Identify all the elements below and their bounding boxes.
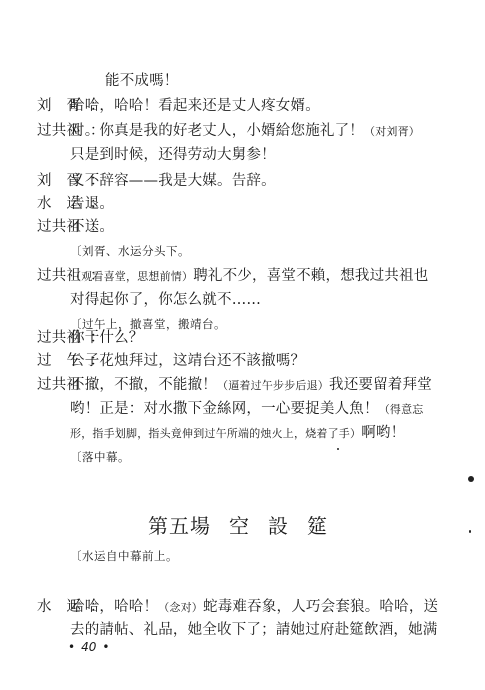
dialogue-text: 不撤，不撤，不能撤！（逼着过午步步后退）我还要留着拜堂: [70, 374, 432, 397]
dialogue-text: 义不辞容——我是大媒。告辞。: [70, 170, 276, 192]
stage-direction: （对刘胥）: [364, 125, 420, 138]
stage-direction: 形，指手划脚，指头竟伸到过午所端的烛火上，烧着了手）: [70, 427, 361, 440]
dialogue-text: 只是到时候，还得劳动大舅参！: [70, 144, 276, 166]
stage-direction: （逼着过午步步后退）: [217, 379, 329, 392]
dialogue-text: 不送。: [70, 216, 114, 238]
book-page: 能不成嗎！ 刘 胥： 哈哈，哈哈！看起来还是丈人疼女婿。 过共祖： 对。你真是我…: [0, 0, 485, 690]
page-number: •40•: [62, 640, 115, 654]
dialogue-text: 能不成嗎！: [105, 70, 179, 92]
dialogue-text: 哈哈，哈哈！看起来还是丈人疼女婿。: [70, 95, 320, 117]
dialogue-text: 告退。: [70, 193, 114, 215]
stage-direction: （观看喜堂，思想前情）: [70, 270, 193, 283]
dialogue-text: 对得起你了，你怎么就不……: [70, 289, 261, 311]
scene-title-char: 筵: [307, 514, 328, 538]
stage-direction: （念对）: [158, 601, 203, 614]
dialogue-text: 去的請帖、礼品，她全收下了；請她过府赴筵飲酒，她满: [70, 619, 438, 641]
dialogue-text: （观看喜堂，思想前情）聘礼不少，喜堂不賴，想我过共祖也: [70, 265, 428, 288]
scene-number: 第五場: [148, 514, 211, 538]
scan-speck: [468, 476, 474, 482]
dialogue-text: 形，指手划脚，指头竟伸到过午所端的烛火上，烧着了手）啊哟！: [70, 422, 405, 445]
scene-title-char: 空: [229, 514, 250, 538]
stage-direction: 〔水运自中幕前上。: [70, 545, 178, 567]
stage-direction: 〔刘胥、水运分头下。: [70, 240, 190, 262]
dialogue-text: 你干什么？: [70, 327, 144, 349]
scene-title-char: 設: [268, 514, 289, 538]
dialogue-text: 哈哈，哈哈！（念对）蛇毒难吞象，人巧会套狼。哈哈，送: [70, 596, 438, 619]
scan-speck: [469, 530, 471, 533]
dialogue-text: 对。你真是我的好老丈人，小婿給您施礼了！（对刘胥）: [70, 120, 420, 143]
stage-direction: 〔落中幕。: [70, 446, 130, 468]
stage-direction: （得意忘: [379, 403, 424, 416]
scan-speck: [337, 448, 339, 450]
dialogue-text: 哟！正是：对水撒下金絲网，一心要捉美人魚！（得意忘: [70, 398, 424, 421]
dialogue-text: 公子花烛拜过，这靖台还不該撤嗎？: [70, 350, 305, 372]
scene-heading: 第五場空設筵: [148, 510, 328, 539]
